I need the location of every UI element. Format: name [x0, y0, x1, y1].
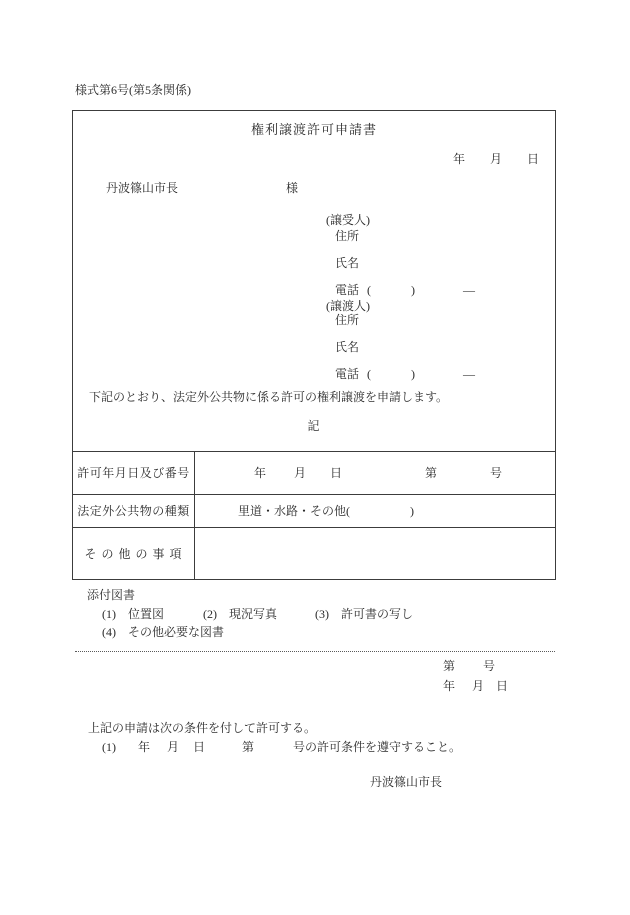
form-number-label: 様式第6号(第5条関係): [75, 83, 191, 97]
header-date-year: 年: [453, 152, 465, 166]
transferee-phone-paren-open: (: [367, 283, 371, 297]
approval-no-suffix: 号: [483, 659, 495, 673]
transferee-heading: (譲受人): [326, 213, 370, 227]
transferee-phone-paren-close: ): [411, 283, 415, 297]
permit-day-label: 日: [330, 466, 342, 480]
approval-date-month: 月: [472, 679, 484, 693]
row-label-permit-date: 許可年月日及び番号: [73, 452, 195, 494]
approval-date-year: 年: [443, 679, 455, 693]
addressee-name: 丹波篠山市長: [106, 181, 178, 195]
transferor-phone-paren-close: ): [411, 367, 415, 381]
row-label-other-matters: そ の 他 の 事 項: [73, 528, 195, 579]
transferor-phone-label: 電話: [335, 367, 359, 381]
condition-month: 月: [167, 740, 179, 754]
property-kind-options: 里道・水路・その他( ): [238, 504, 414, 518]
transferor-address-label: 住所: [335, 313, 359, 327]
approval-no-prefix: 第: [443, 659, 455, 673]
detail-table: 許可年月日及び番号 年 月 日 第 号 法定外公共物の種類 里道・水路・その他(…: [73, 451, 555, 579]
document-page: 様式第6号(第5条関係) 権利譲渡許可申請書 年 月 日 丹波篠山市長 様 (譲…: [0, 0, 630, 915]
transferor-heading: (譲渡人): [326, 299, 370, 313]
permit-no-suffix: 号: [490, 466, 502, 480]
header-date-day: 日: [527, 152, 539, 166]
addressee-line: 丹波篠山市長 様: [106, 181, 178, 195]
attachments-heading: 添付図書: [87, 588, 135, 602]
ki-heading: 記: [73, 419, 555, 433]
permit-year-label: 年: [254, 466, 266, 480]
table-row-property-kind: 法定外公共物の種類 里道・水路・その他( ): [73, 495, 555, 528]
row-label-property-kind: 法定外公共物の種類: [73, 495, 195, 527]
header-date-line: 年 月 日: [73, 152, 555, 166]
approval-date-day: 日: [496, 679, 508, 693]
table-row-other-matters: そ の 他 の 事 項: [73, 528, 555, 579]
condition-no-prefix: 第: [242, 740, 254, 754]
approval-signer: 丹波篠山市長: [370, 775, 442, 789]
addressee-honorific: 様: [286, 181, 298, 195]
transferee-phone-label: 電話: [335, 283, 359, 297]
transferor-phone-paren-open: (: [367, 367, 371, 381]
approval-number-line: 第 号: [443, 659, 543, 673]
table-row-permit-date: 許可年月日及び番号 年 月 日 第 号: [73, 452, 555, 495]
transferee-phone-line: 電話 ( ) —: [335, 283, 515, 297]
transferor-phone-dash: —: [463, 367, 475, 381]
condition-day: 日: [193, 740, 205, 754]
attachment-item-4: (4) その他必要な図書: [102, 625, 224, 639]
header-date-month: 月: [490, 152, 502, 166]
approval-condition-line: (1) 年 月 日 第 号の許可条件を遵守すること。: [102, 740, 542, 754]
condition-year: 年: [138, 740, 150, 754]
row-value-permit-date: 年 月 日 第 号: [195, 452, 555, 494]
transferee-phone-dash: —: [463, 283, 475, 297]
application-form-box: 権利譲渡許可申請書 年 月 日 丹波篠山市長 様 (譲受人) 住所 氏名 電話 …: [72, 110, 556, 580]
attachment-item-1: (1) 位置図: [102, 607, 164, 621]
condition-index: (1): [102, 740, 116, 754]
attachment-item-3: (3) 許可書の写し: [315, 607, 413, 621]
transferee-address-label: 住所: [335, 229, 359, 243]
permit-no-prefix: 第: [425, 466, 437, 480]
row-value-property-kind: 里道・水路・その他( ): [195, 495, 555, 527]
form-title: 権利譲渡許可申請書: [73, 123, 555, 137]
attachment-item-2: (2) 現況写真: [203, 607, 277, 621]
transferor-phone-line: 電話 ( ) —: [335, 367, 515, 381]
approval-intro: 上記の申請は次の条件を付して許可する。: [88, 721, 316, 735]
attachments-line1: (1) 位置図 (2) 現況写真 (3) 許可書の写し: [102, 607, 532, 621]
row-value-other-matters: [195, 528, 555, 579]
cut-line-divider: [75, 651, 555, 652]
application-statement: 下記のとおり、法定外公共物に係る許可の権利譲渡を申請します。: [89, 390, 448, 404]
transferee-name-label: 氏名: [335, 256, 359, 270]
permit-month-label: 月: [294, 466, 306, 480]
transferor-name-label: 氏名: [335, 340, 359, 354]
approval-date-line: 年 月 日: [443, 679, 543, 693]
condition-text: 号の許可条件を遵守すること。: [293, 740, 461, 754]
